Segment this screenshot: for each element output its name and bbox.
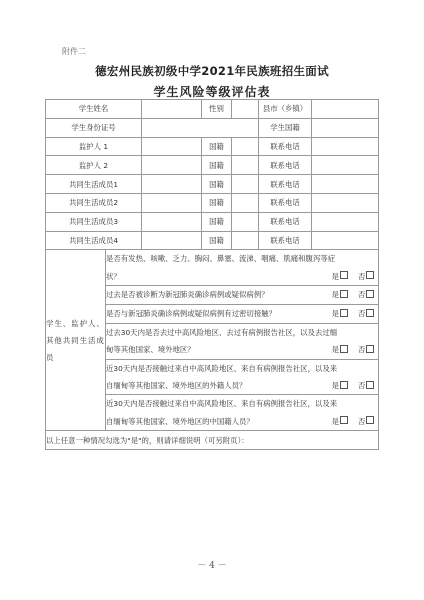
phone-field[interactable]: [312, 175, 379, 194]
county-field[interactable]: [312, 100, 379, 119]
person-name-field[interactable]: [142, 212, 202, 231]
yes-checkbox[interactable]: 是: [332, 341, 352, 358]
phone-field[interactable]: [312, 212, 379, 231]
yes-no-options: 是 否: [332, 377, 378, 394]
phone-label: 联系电话: [259, 212, 312, 231]
person-row: 共同生活成员2 国籍 联系电话: [46, 193, 379, 212]
person-row: 监护人 2 国籍 联系电话: [46, 156, 379, 175]
question-text: 过去是否被诊断为新冠肺炎确诊病例或疑似病例？: [106, 290, 269, 299]
checkbox-icon: [340, 381, 348, 389]
student-id-label: 学生身份证号: [46, 118, 142, 137]
county-label: 县市（乡镇）: [259, 100, 312, 119]
question-cell: 过去30天内是否去过中高风险地区、去过有病例报告社区，以及去过缅 甸等其他国家、…: [106, 323, 379, 359]
question-text: 近30天内是否接触过来自中高风险地区、来自有病例报告社区，以及来: [106, 360, 378, 377]
nationality-field[interactable]: [232, 231, 259, 250]
nationality-label: 国籍: [202, 175, 232, 194]
nationality-field[interactable]: [232, 212, 259, 231]
nationality-field[interactable]: [232, 156, 259, 175]
yes-checkbox[interactable]: 是: [332, 268, 352, 285]
person-row: 监护人 1 国籍 联系电话: [46, 137, 379, 156]
student-name-field[interactable]: [142, 100, 202, 119]
risk-section-label: 学生、监护人、其他共同生活成员: [46, 250, 106, 431]
phone-label: 联系电话: [259, 175, 312, 194]
checkbox-icon: [366, 271, 374, 279]
question-cell: 近30天内是否接触过来自中高风险地区、来自有病例报告社区，以及来 自缅甸等其他国…: [106, 359, 379, 395]
details-note-label: 以上任意一种情况勾选为"是"的，则请详细说明（可另附页）：: [46, 436, 249, 445]
phone-label: 联系电话: [259, 193, 312, 212]
question-cell: 是否与新冠肺炎确诊病例或疑似病例有过密切接触？ 是 否: [106, 304, 379, 323]
phone-label: 联系电话: [259, 156, 312, 175]
checkbox-icon: [340, 309, 348, 317]
no-checkbox[interactable]: 否: [358, 305, 378, 322]
nationality-label: 国籍: [202, 212, 232, 231]
person-name-field[interactable]: [142, 137, 202, 156]
question-text: 状？: [106, 272, 121, 281]
phone-label: 联系电话: [259, 137, 312, 156]
person-name-field[interactable]: [142, 231, 202, 250]
person-label: 共同生活成员2: [46, 193, 142, 212]
checkbox-icon: [366, 309, 374, 317]
person-name-field[interactable]: [142, 156, 202, 175]
note-row: 以上任意一种情况勾选为"是"的，则请详细说明（可另附页）：: [46, 431, 379, 450]
question-cell: 是否有发热、咳嗽、乏力、胸闷、鼻塞、流涕、咽痛、肌痛和腹泻等症 状？ 是 否: [106, 250, 379, 286]
details-note-field[interactable]: 以上任意一种情况勾选为"是"的，则请详细说明（可另附页）：: [46, 431, 379, 450]
no-checkbox[interactable]: 否: [358, 377, 378, 394]
no-checkbox[interactable]: 否: [358, 268, 378, 285]
question-cell: 近30天内是否接触过来自中高风险地区、来自有病例报告社区，以及来 自缅甸等其他国…: [106, 395, 379, 431]
phone-field[interactable]: [312, 231, 379, 250]
student-nationality-label: 学生国籍: [259, 118, 312, 137]
checkbox-icon: [340, 416, 348, 424]
checkbox-icon: [366, 290, 374, 298]
checkbox-icon: [340, 290, 348, 298]
gender-field[interactable]: [232, 100, 259, 119]
yes-no-options: 是 否: [332, 413, 378, 430]
document-title: 德宏州民族初级中学2021年民族班招生面试: [0, 63, 424, 79]
question-text: 近30天内是否接触过来自中高风险地区、来自有病例报告社区，以及来: [106, 395, 378, 412]
yes-no-options: 是 否: [332, 286, 378, 303]
question-row: 学生、监护人、其他共同生活成员 是否有发热、咳嗽、乏力、胸闷、鼻塞、流涕、咽痛、…: [46, 250, 379, 286]
page-number: － 4 －: [0, 558, 424, 571]
person-row: 共同生活成员4 国籍 联系电话: [46, 231, 379, 250]
risk-assessment-table: 学生姓名 性别 县市（乡镇） 学生身份证号 学生国籍 监护人 1 国籍 联系电话…: [45, 99, 379, 450]
nationality-label: 国籍: [202, 156, 232, 175]
document-subtitle: 学生风险等级评估表: [0, 83, 424, 100]
phone-label: 联系电话: [259, 231, 312, 250]
checkbox-icon: [340, 271, 348, 279]
no-checkbox[interactable]: 否: [358, 341, 378, 358]
no-checkbox[interactable]: 否: [358, 286, 378, 303]
person-label: 监护人 2: [46, 156, 142, 175]
person-row: 共同生活成员3 国籍 联系电话: [46, 212, 379, 231]
question-text: 是否与新冠肺炎确诊病例或疑似病例有过密切接触？: [106, 309, 276, 318]
person-label: 共同生活成员3: [46, 212, 142, 231]
yes-no-options: 是 否: [332, 268, 378, 285]
person-name-field[interactable]: [142, 175, 202, 194]
checkbox-icon: [340, 345, 348, 353]
checkbox-icon: [366, 345, 374, 353]
question-text: 自缅甸等其他国家、境外地区的中国籍人员？: [106, 417, 254, 426]
no-checkbox[interactable]: 否: [358, 413, 378, 430]
person-name-field[interactable]: [142, 193, 202, 212]
nationality-label: 国籍: [202, 231, 232, 250]
phone-field[interactable]: [312, 193, 379, 212]
yes-checkbox[interactable]: 是: [332, 286, 352, 303]
yes-checkbox[interactable]: 是: [332, 413, 352, 430]
checkbox-icon: [366, 381, 374, 389]
nationality-field[interactable]: [232, 193, 259, 212]
question-text: 过去30天内是否去过中高风险地区、去过有病例报告社区，以及去过缅: [106, 324, 378, 341]
student-name-row: 学生姓名 性别 县市（乡镇）: [46, 100, 379, 119]
person-row: 共同生活成员1 国籍 联系电话: [46, 175, 379, 194]
student-id-row: 学生身份证号 学生国籍: [46, 118, 379, 137]
person-label: 共同生活成员1: [46, 175, 142, 194]
student-id-field[interactable]: [142, 118, 259, 137]
nationality-label: 国籍: [202, 137, 232, 156]
yes-checkbox[interactable]: 是: [332, 377, 352, 394]
phone-field[interactable]: [312, 156, 379, 175]
yes-no-options: 是 否: [332, 305, 378, 322]
yes-checkbox[interactable]: 是: [332, 305, 352, 322]
nationality-field[interactable]: [232, 175, 259, 194]
person-label: 监护人 1: [46, 137, 142, 156]
student-name-label: 学生姓名: [46, 100, 142, 119]
question-text: 自缅甸等其他国家、境外地区的外籍人员？: [106, 381, 246, 390]
gender-label: 性别: [202, 100, 232, 119]
annex-label: 附件二: [62, 46, 86, 57]
question-text: 是否有发热、咳嗽、乏力、胸闷、鼻塞、流涕、咽痛、肌痛和腹泻等症: [106, 250, 378, 267]
student-nationality-field[interactable]: [312, 118, 379, 137]
person-label: 共同生活成员4: [46, 231, 142, 250]
phone-field[interactable]: [312, 137, 379, 156]
question-cell: 过去是否被诊断为新冠肺炎确诊病例或疑似病例？ 是 否: [106, 286, 379, 305]
nationality-field[interactable]: [232, 137, 259, 156]
checkbox-icon: [366, 416, 374, 424]
question-text: 甸等其他国家、境外地区？: [106, 345, 195, 354]
yes-no-options: 是 否: [332, 341, 378, 358]
nationality-label: 国籍: [202, 193, 232, 212]
